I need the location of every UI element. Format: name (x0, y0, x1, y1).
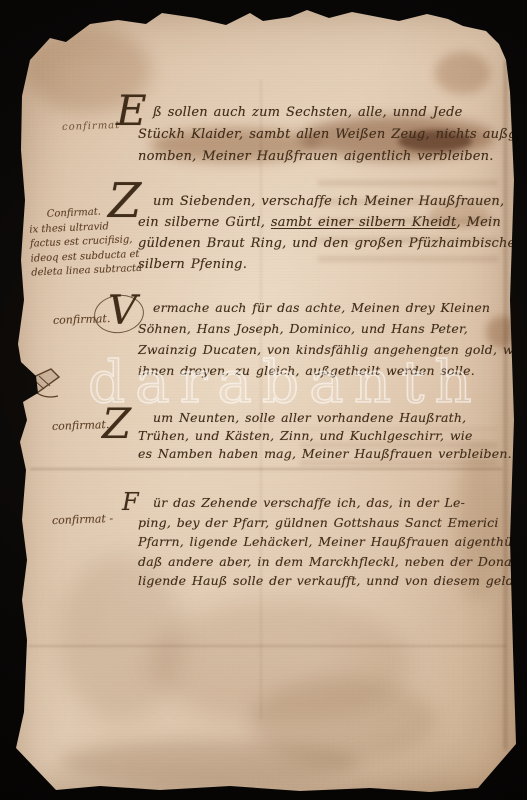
paragraph-tenth-clause: F ür das Zehende verschaffe ich, das, in… (138, 493, 527, 591)
paragraph-line: ligende Hauß solle der verkaufft, unnd v… (138, 571, 527, 591)
paragraph-line: ping, bey der Pfarr, güldnen Gottshaus S… (138, 513, 527, 533)
paragraph-line: ür das Zehende verschaffe ich, das, in d… (138, 493, 527, 513)
paragraph-line: ermache auch für das achte, Meinen drey … (138, 297, 527, 318)
paragraph-line: Stückh Klaider, sambt allen Weißen Zeug,… (138, 124, 527, 146)
paragraph-line: nomben, Meiner Haußfrauen aigentlich ver… (138, 146, 527, 168)
paragraph-line: ein silberne Gürtl, sambt einer silbern … (138, 212, 524, 233)
margin-note-confirmat-1: confirmat (62, 120, 121, 133)
ink-flag-mark (24, 366, 64, 400)
paragraph-line: Söhnen, Hans Joseph, Dominico, und Hans … (138, 318, 527, 339)
paragraph-line: um Siebenden, verschaffe ich Meiner Hauß… (138, 191, 524, 212)
initial-capital: E (116, 90, 147, 132)
paragraph-seventh-clause: Z um Siebenden, verschaffe ich Meiner Ha… (138, 191, 524, 275)
paragraph-sixth-clause: E ß sollen auch zum Sechsten, alle, unnd… (138, 102, 527, 168)
manuscript-paper: confirmat Confirmat. ix thesi ultravid f… (0, 0, 527, 800)
initial-capital: F (122, 490, 139, 514)
paragraph-eighth-clause: V ermache auch für das achte, Meinen dre… (138, 297, 527, 381)
paragraph-line: silbern Pfening. (138, 254, 524, 275)
margin-note-confirmat-3: confirmat. (52, 418, 110, 433)
paragraph-line: ihnen dreyen, zu gleich, außgetheilt wer… (138, 360, 527, 381)
photo-background: confirmat Confirmat. ix thesi ultravid f… (0, 0, 527, 800)
paragraph-line: güldenen Braut Ring, und den großen Pfüz… (138, 233, 524, 254)
paragraph-line: es Namben haben mag, Meiner Haußfrauen v… (138, 445, 512, 463)
manuscript-text: confirmat Confirmat. ix thesi ultravid f… (0, 0, 527, 800)
paragraph-line: um Neunten, solle aller vorhandene Haußr… (138, 409, 512, 427)
line-segment: ein silberne Gürtl, (138, 215, 271, 230)
initial-capital: Z (102, 403, 131, 445)
initial-capital: V (108, 291, 137, 331)
initial-capital: Z (108, 177, 142, 225)
paragraph-ninth-clause: Z um Neunten, solle aller vorhandene Hau… (138, 409, 512, 463)
paragraph-line: daß andere aber, in dem Marckhfleckl, ne… (138, 552, 527, 572)
underlined-phrase: sambt einer silbern Kheidt (271, 215, 457, 230)
line-segment: , Mein (456, 215, 501, 230)
paragraph-line: Trühen, und Kästen, Zinn, und Kuchlgesch… (138, 427, 512, 445)
paragraph-line: Zwainzig Ducaten, von kindsfählig angehe… (138, 339, 527, 360)
margin-note-confirmat-4: confirmat - (52, 512, 114, 527)
paragraph-line: Pfarrn, ligende Lehäckerl, Meiner Haußfr… (138, 532, 527, 552)
paragraph-line: ß sollen auch zum Sechsten, alle, unnd J… (138, 102, 527, 124)
